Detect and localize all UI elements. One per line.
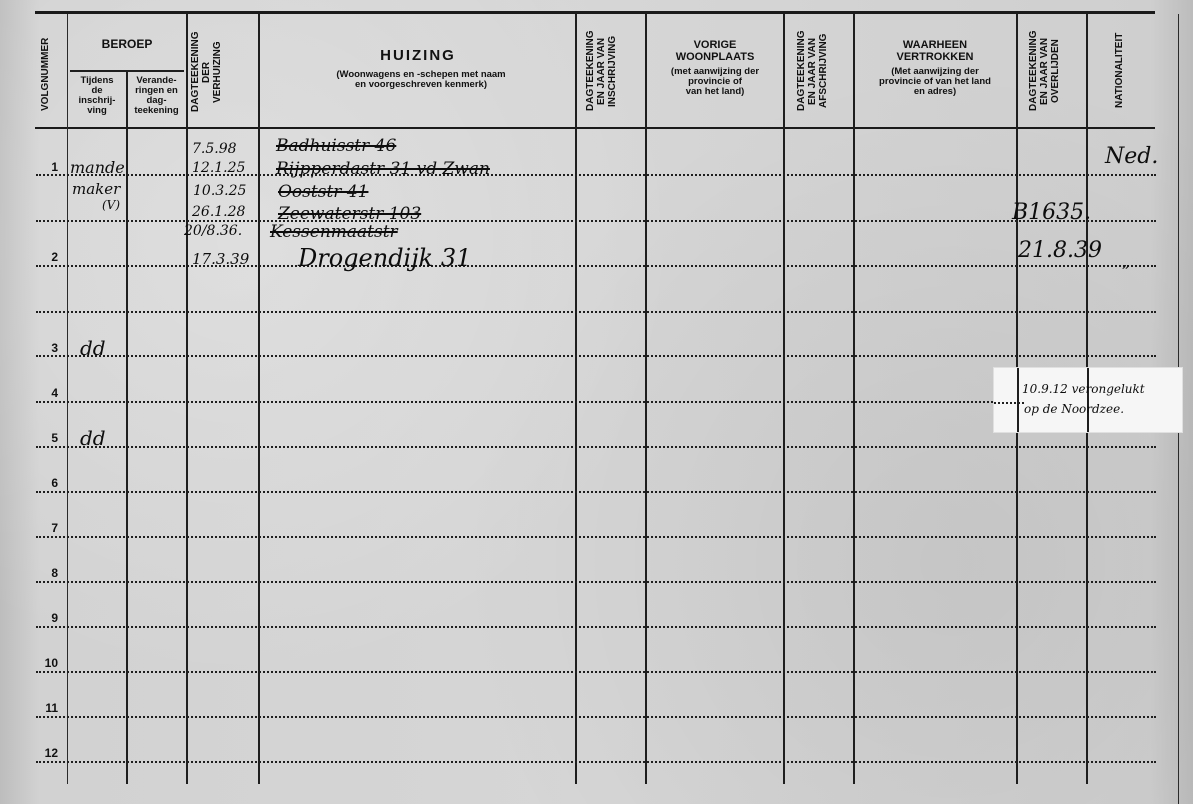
beroep-entry: mande	[70, 158, 125, 177]
header-waarheen-sub: (Met aanwijzing der provincie of van het…	[856, 67, 1014, 97]
row-number: 3	[34, 341, 58, 355]
column-divider	[258, 14, 260, 784]
header-vorige-sub: (met aanwijzing der provincie of van het…	[648, 67, 782, 97]
row-line-2b	[36, 311, 1156, 313]
row-line-3	[36, 355, 1156, 357]
pasted-note-line: 10.9.12 verongelukt	[1022, 382, 1145, 396]
row-line-11	[36, 716, 1156, 718]
row-number: 4	[34, 386, 58, 400]
pasted-note-divider	[1087, 368, 1089, 432]
header-waarheen-vertrokken: WAARHEEN VERTROKKEN	[856, 40, 1014, 63]
header-dagteekening-overlijden: DAGTEEKENING EN JAAR VAN OVERLIJDEN	[1028, 16, 1080, 126]
header-beroep-tijdens: Tijdens de inschrij- ving	[68, 76, 126, 116]
nationaliteit-entry: Ned.	[1105, 144, 1158, 169]
verhuizing-date: 7.5.98	[192, 141, 237, 157]
address-entry: Badhuisstr 46	[276, 136, 396, 156]
row-number: 12	[34, 746, 58, 760]
address-entry-current: Drogendijk 31	[298, 244, 471, 272]
column-divider	[853, 14, 855, 784]
beroep-subdivider	[70, 70, 184, 72]
pasted-note: 10.9.12 verongelukt op de Noordzee.	[993, 367, 1183, 433]
column-divider	[575, 14, 577, 784]
row-number: 10	[34, 656, 58, 670]
header-dagteekening-verhuizing: DAGTEEKENING DER VERHUIZING	[190, 20, 254, 124]
address-entry: Kessenmaatstr	[270, 222, 398, 242]
row-number: 6	[34, 476, 58, 490]
overlijden-entry: 21.8.39	[1018, 238, 1102, 263]
verhuizing-date: 10.3.25	[193, 183, 246, 199]
row-number: 1	[34, 160, 58, 174]
beroep-entry: maker	[72, 180, 120, 198]
header-top-rule	[35, 11, 1155, 14]
header-beroep-veranderingen: Verande- ringen en dag- teekening	[127, 76, 186, 116]
row-number: 7	[34, 521, 58, 535]
overlijden-entry: B1635.	[1012, 200, 1091, 225]
row-line-10	[36, 671, 1156, 673]
header-bottom-rule	[35, 127, 1155, 129]
verhuizing-date: 26.1.28	[192, 204, 245, 220]
column-divider	[645, 14, 647, 784]
row-line-4	[36, 401, 1156, 403]
beroep-entry: dd	[80, 426, 106, 450]
verhuizing-date: 17.3.39	[192, 250, 249, 268]
header-huizing-title: HUIZING	[262, 48, 574, 64]
row-number: 11	[34, 701, 58, 715]
header-beroep: BEROEP	[70, 38, 184, 51]
pasted-note-line: op de Noordzee.	[1024, 402, 1124, 416]
row-number: 9	[34, 611, 58, 625]
beroep-entry: dd	[80, 336, 106, 360]
address-entry: Zeewaterstr 103	[278, 204, 421, 224]
row-line-6	[36, 491, 1156, 493]
header-nationaliteit: NATIONALITEIT	[1114, 18, 1134, 122]
row-number: 5	[34, 431, 58, 445]
pasted-note-divider	[1017, 368, 1019, 432]
row-line-1b	[36, 220, 1156, 222]
verhuizing-date: 12.1.25	[192, 160, 245, 176]
header-volgnummer: VOLGNUMMER	[40, 24, 62, 124]
row-line-9	[36, 626, 1156, 628]
row-line-8	[36, 581, 1156, 583]
row-line-7	[36, 536, 1156, 538]
column-divider	[186, 14, 188, 784]
row-number: 8	[34, 566, 58, 580]
address-entry: Ooststr 41	[278, 182, 368, 202]
header-dagteekening-inschrijving: DAGTEEKENING EN JAAR VAN INSCHRIJVING	[585, 16, 637, 126]
pasted-note-row-line	[994, 402, 1024, 404]
column-divider	[67, 14, 68, 784]
address-entry: Rijpperdastr 31 vd Zwan	[276, 159, 490, 179]
beroep-entry: (V)	[102, 198, 120, 212]
row-number: 2	[34, 250, 58, 264]
column-divider	[783, 14, 785, 784]
header-vorige-woonplaats: VORIGE WOONPLAATS	[648, 40, 782, 63]
row-line-5	[36, 446, 1156, 448]
nationaliteit-ditto: „	[1122, 252, 1130, 271]
column-divider	[126, 70, 128, 784]
header-dagteekening-afschrijving: DAGTEEKENING EN JAAR VAN AFSCHRIJVING	[796, 16, 848, 126]
verhuizing-date: 20/8.36.	[184, 223, 242, 239]
row-line-12	[36, 761, 1156, 763]
header-huizing-sub: (Woonwagens en -schepen met naam en voor…	[335, 70, 507, 90]
